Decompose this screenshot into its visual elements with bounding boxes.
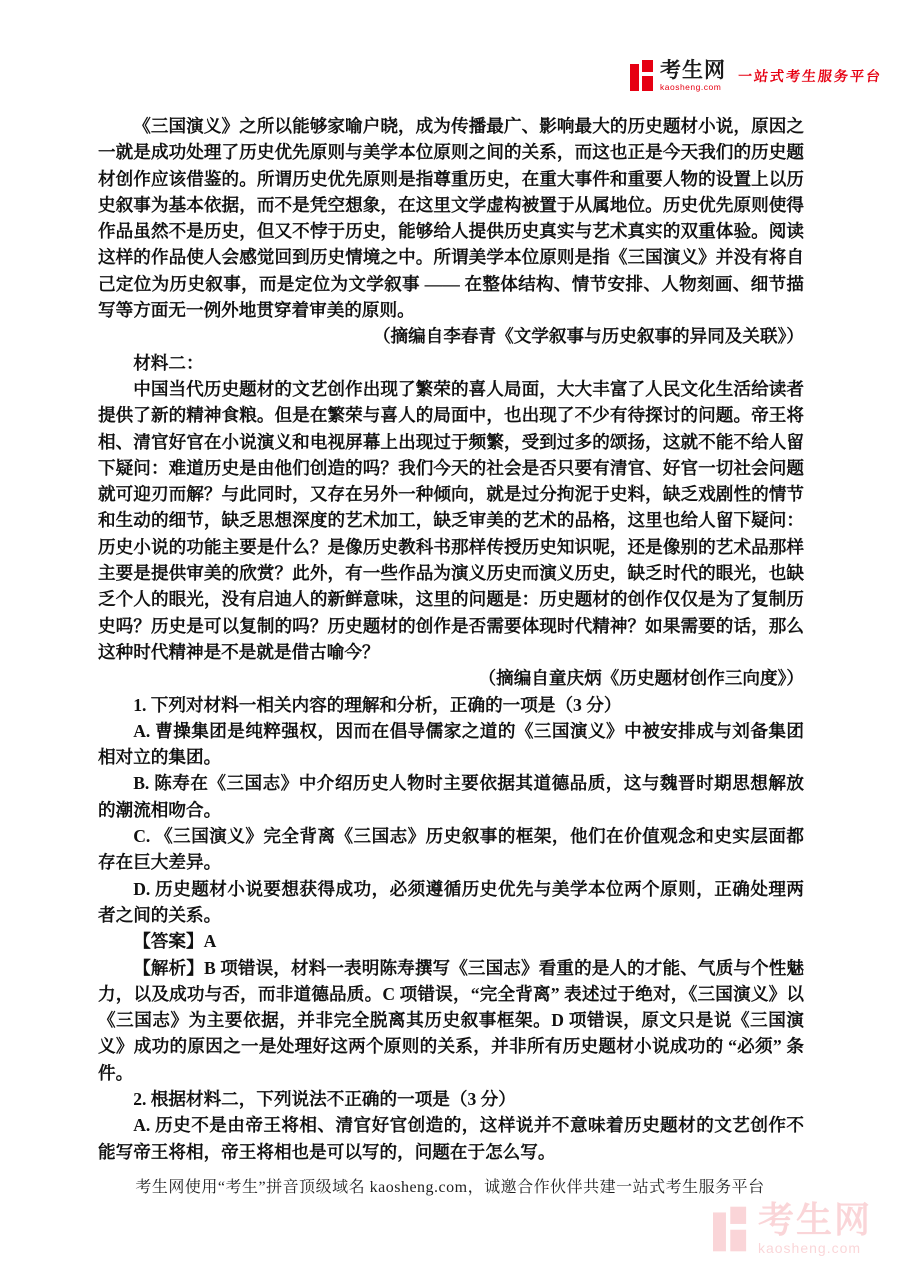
question-1-option-d: D. 历史题材小说要想获得成功，必须遵循历史优先与美学本位两个原则，正确处理两者… xyxy=(98,876,804,929)
logo-tagline: 一站式考生服务平台 xyxy=(737,66,883,86)
footer-slogan: 考生网使用“考生”拼音顶级域名 kaosheng.com，诚邀合作伙伴共建一站式… xyxy=(0,1174,900,1197)
question-1-option-a: A. 曹操集团是纯粹强权，因而在倡导儒家之道的《三国演义》中被安排成与刘备集团相… xyxy=(98,718,804,771)
attribution-li-chunqing: （摘编自李春青《文学叙事与历史叙事的异同及关联》） xyxy=(98,323,804,349)
document-body: 《三国演义》之所以能够家喻户晓，成为传播最广、影响最大的历史题材小说，原因之一就… xyxy=(98,113,804,1165)
material-one-paragraph: 《三国演义》之所以能够家喻户晓，成为传播最广、影响最大的历史题材小说，原因之一就… xyxy=(98,113,804,323)
question-1-analysis: 【解析】B 项错误，材料一表明陈寿撰写《三国志》看重的是人的才能、气质与个性魅力… xyxy=(98,955,804,1086)
question-2-stem: 2. 根据材料二，下列说法不正确的一项是（3 分） xyxy=(98,1086,804,1112)
question-2-option-a: A. 历史不是由帝王将相、清官好官创造的，这样说并不意味着历史题材的文艺创作不能… xyxy=(98,1112,804,1165)
watermark-brand-name: 考生网 xyxy=(758,1202,872,1238)
material-two-heading: 材料二： xyxy=(98,350,804,376)
kaosheng-watermark-icon xyxy=(713,1206,749,1252)
attribution-tong-qingbing: （摘编自童庆炳《历史题材创作三向度》） xyxy=(98,665,804,691)
kaosheng-watermark: 考生网 kaosheng.com xyxy=(713,1202,872,1255)
question-1-option-b: B. 陈寿在《三国志》中介绍历史人物时主要依据其道德品质，这与魏晋时期思想解放的… xyxy=(98,770,804,823)
document-page: 考生网 kaosheng.com 一站式考生服务平台 《三国演义》之所以能够家喻… xyxy=(0,0,900,1273)
logo-brand-name: 考生网 xyxy=(660,60,726,81)
material-two-paragraph: 中国当代历史题材的文艺创作出现了繁荣的喜人局面，大大丰富了人民文化生活给读者提供… xyxy=(98,376,804,665)
watermark-domain-text: kaosheng.com xyxy=(758,1241,872,1255)
question-1-answer: 【答案】A xyxy=(98,928,804,954)
kaosheng-header-logo: 考生网 kaosheng.com 一站式考生服务平台 xyxy=(630,60,882,92)
logo-domain-text: kaosheng.com xyxy=(660,83,726,92)
kaosheng-logo-icon xyxy=(630,60,655,91)
question-1-option-c: C. 《三国演义》完全背离《三国志》历史叙事的框架，他们在价值观念和史实层面都存… xyxy=(98,823,804,876)
question-1-stem: 1. 下列对材料一相关内容的理解和分析，正确的一项是（3 分） xyxy=(98,692,804,718)
